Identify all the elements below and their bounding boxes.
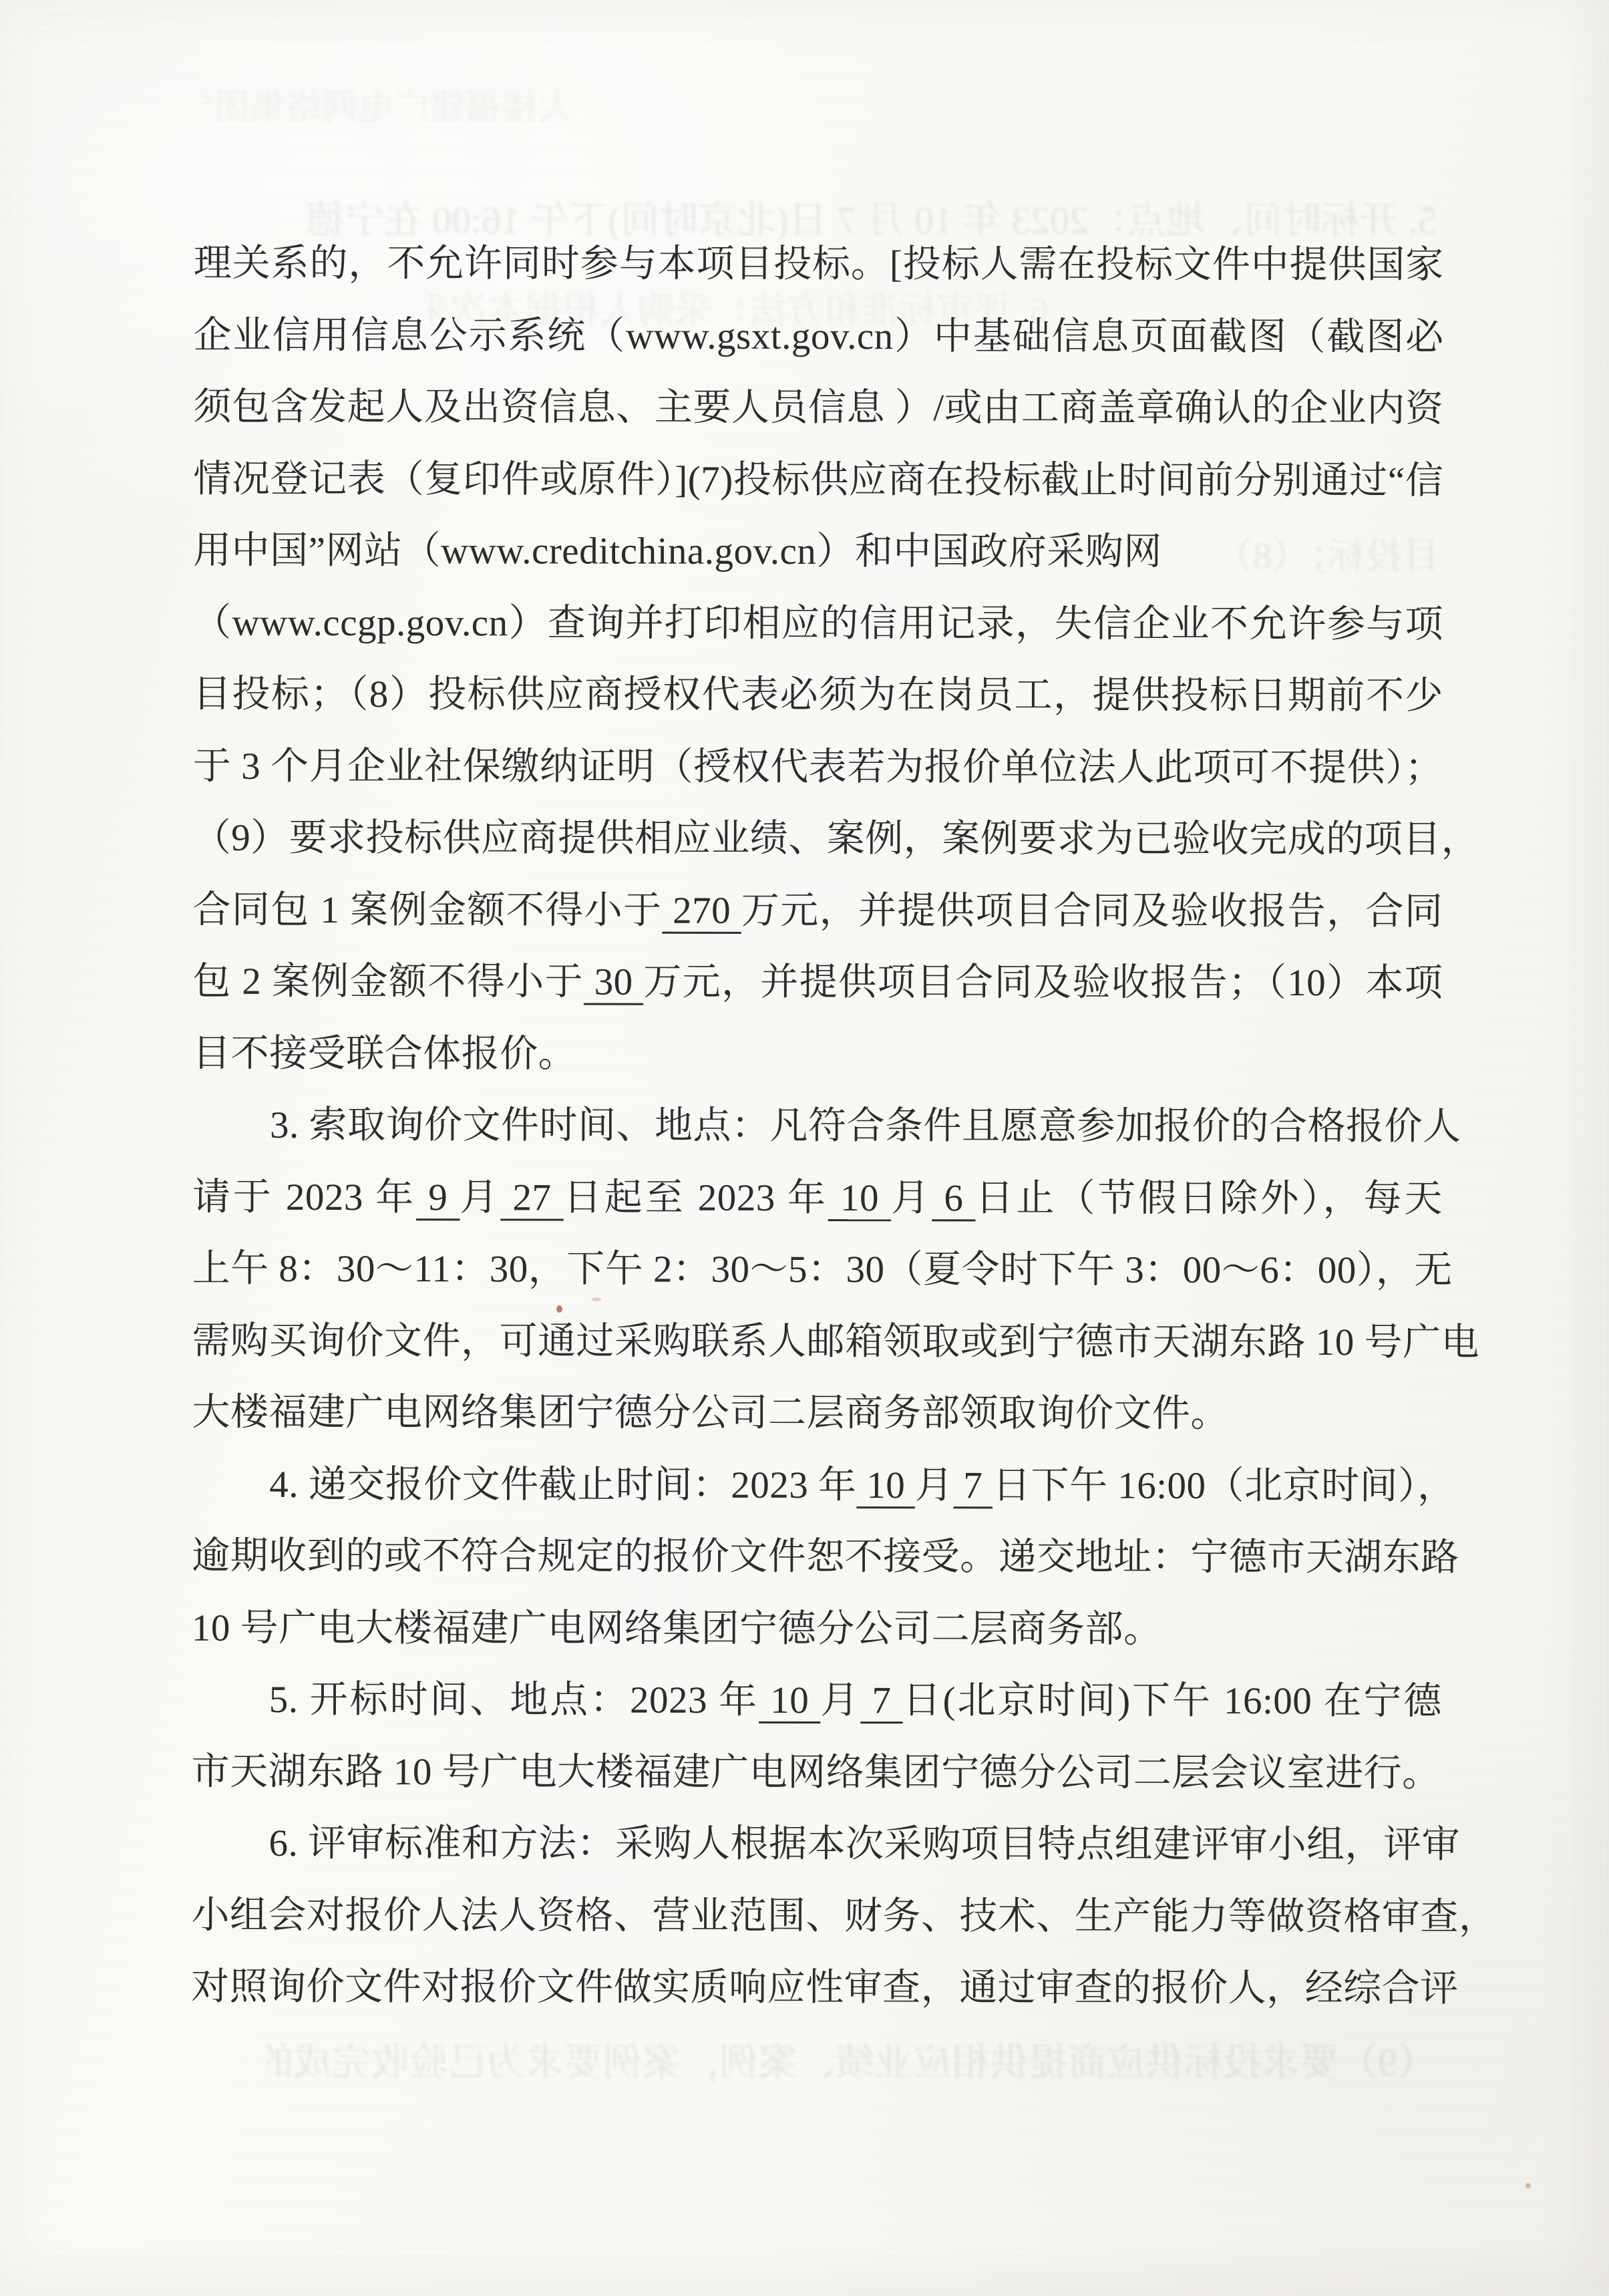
underlined-fill-in-value: 27 xyxy=(500,1176,563,1218)
text-segment: 日(北京时间)下午 16:00 在宁德 xyxy=(903,1679,1442,1722)
text-segment: 须包含发起人及出资信息、主要人员信息 ）/或由工商盖章确认的企业内资 xyxy=(193,386,1443,430)
text-line: 逾期收到的或不符合规定的报价文件恕不接受。递交地址：宁德市天湖东路 xyxy=(192,1520,1442,1594)
bleedthrough-ghost-text: （9）要求投标供应商提供相应业绩、案例，案例要求为已验收完成的项目， xyxy=(267,2031,1436,2087)
text-segment: 月 xyxy=(820,1679,860,1721)
text-segment: 请于 2023 年 xyxy=(192,1176,416,1218)
text-segment: 企业信用信息公示系统（www.gsxt.gov.cn）中基础信息页面截图（截图必 xyxy=(194,314,1444,358)
text-segment: 合同包 1 案例金额不得小于 xyxy=(192,888,662,931)
text-line: 3. 索取询价文件时间、地点：凡符合条件且愿意参加报价的合格报价人 xyxy=(192,1090,1443,1163)
text-segment: 需购买询价文件，可通过采购联系人邮箱领取或到宁德市天湖东路 10 号广电 xyxy=(192,1319,1480,1363)
text-segment: 情况登记表（复印件或原件）](7)投标供应商在投标截止时间前分别通过“信 xyxy=(193,458,1443,502)
text-segment: 万元，并提供项目合同及验收报告，合同 xyxy=(741,889,1443,932)
text-line: 包 2 案例金额不得小于 30 万元，并提供项目合同及验收报告；（10）本项 xyxy=(192,946,1443,1019)
underlined-fill-in-value: 7 xyxy=(860,1679,902,1721)
underlined-fill-in-value: 9 xyxy=(416,1176,460,1218)
underlined-fill-in-value: 6 xyxy=(932,1177,975,1219)
text-segment: （9）要求投标供应商提供相应业绩、案例，案例要求为已验收完成的项目， xyxy=(193,817,1480,861)
text-line: 大楼福建广电网络集团宁德分公司二层商务部领取询价文件。 xyxy=(192,1377,1442,1450)
text-line: 合同包 1 案例金额不得小于 270 万元，并提供项目合同及验收报告，合同 xyxy=(192,874,1443,947)
text-line: 情况登记表（复印件或原件）](7)投标供应商在投标截止时间前分别通过“信 xyxy=(193,443,1443,516)
text-line: 对照询价文件对报价文件做实质响应性审查，通过审查的报价人，经综合评 xyxy=(191,1951,1441,2025)
text-line: 于 3 个月企业社保缴纳证明（授权代表若为报价单位法人此项可不提供）； xyxy=(193,730,1443,804)
text-segment: 3. 索取询价文件时间、地点：凡符合条件且愿意参加报价的合格报价人 xyxy=(270,1104,1461,1148)
text-line: 理关系的，不允许同时参与本项目投标。[投标人需在投标文件中提供国家 xyxy=(194,228,1444,301)
text-line: 5. 开标时间、地点：2023 年 10 月 7 日(北京时间)下午 16:00… xyxy=(192,1664,1442,1738)
text-segment: （www.ccgp.gov.cn）查询并打印相应的信用记录，失信企业不允许参与项 xyxy=(193,601,1443,645)
underlined-fill-in-value: 30 xyxy=(584,961,643,1003)
text-segment: 万元，并提供项目合同及验收报告；（10）本项 xyxy=(643,961,1443,1005)
text-segment: 6. 评审标准和方法：采购人根据本次采购项目特点组建评审小组，评审 xyxy=(269,1822,1460,1866)
text-line: 市天湖东路 10 号广电大楼福建广电网络集团宁德分公司二层会议室进行。 xyxy=(192,1736,1442,1809)
text-line: 需购买询价文件，可通过采购联系人邮箱领取或到宁德市天湖东路 10 号广电 xyxy=(192,1305,1442,1378)
scanned-document-page: 5. 开标时间、地点：2023 年 10 月 7 日(北京时间)下午 16:00… xyxy=(0,0,1609,2296)
text-segment: 大楼福建广电网络集团宁德分公司二层商务部领取询价文件。 xyxy=(192,1391,1229,1435)
text-segment: 10 号广电大楼福建广电网络集团宁德分公司二层商务部。 xyxy=(192,1607,1162,1650)
text-line: 须包含发起人及出资信息、主要人员信息 ）/或由工商盖章确认的企业内资 xyxy=(193,371,1443,445)
underlined-fill-in-value: 10 xyxy=(759,1679,820,1721)
text-line: （www.ccgp.gov.cn）查询并打印相应的信用记录，失信企业不允许参与项 xyxy=(193,587,1443,660)
text-line: （9）要求投标供应商提供相应业绩、案例，案例要求为已验收完成的项目， xyxy=(193,802,1443,876)
document-body-text: 理关系的，不允许同时参与本项目投标。[投标人需在投标文件中提供国家企业信用信息公… xyxy=(191,228,1444,2025)
bleedthrough-ghost-text: 大楼福建广电网络集团宁德分公司二层商务部领取询价文件。 xyxy=(200,79,574,130)
text-segment: 包 2 案例金额不得小于 xyxy=(192,961,584,1003)
text-line: 6. 评审标准和方法：采购人根据本次采购项目特点组建评审小组，评审 xyxy=(191,1808,1441,1881)
text-segment: 4. 递交报价文件截止时间：2023 年 xyxy=(269,1463,856,1506)
text-line: 请于 2023 年 9 月 27 日起至 2023 年 10 月 6 日止（节假… xyxy=(192,1161,1443,1235)
text-segment: 市天湖东路 10 号广电大楼福建广电网络集团宁德分公司二层会议室进行。 xyxy=(192,1750,1441,1794)
text-segment: 于 3 个月企业社保缴纳证明（授权代表若为报价单位法人此项可不提供）； xyxy=(193,745,1443,789)
underlined-fill-in-value: 10 xyxy=(828,1177,891,1219)
text-segment: 目不接受联合体报价。 xyxy=(192,1032,576,1075)
text-segment: 对照询价文件对报价文件做实质响应性审查，通过审查的报价人，经综合评 xyxy=(191,1966,1459,2010)
text-segment: 月 xyxy=(891,1177,932,1219)
text-segment: 日起至 2023 年 xyxy=(564,1176,828,1219)
text-segment: 理关系的，不允许同时参与本项目投标。[投标人需在投标文件中提供国家 xyxy=(194,242,1444,287)
text-segment: 用中国”网站（www.creditchina.gov.cn）和中国政府采购网 xyxy=(193,530,1162,573)
text-line: 目投标；（8）投标供应商授权代表必须为在岗员工，提供投标日期前不少 xyxy=(193,659,1443,732)
text-segment: 日止（节假日除外），每天 xyxy=(975,1177,1442,1220)
text-segment: 目投标；（8）投标供应商授权代表必须为在岗员工，提供投标日期前不少 xyxy=(193,673,1443,717)
text-line: 用中国”网站（www.creditchina.gov.cn）和中国政府采购网 xyxy=(193,515,1443,589)
text-segment: 5. 开标时间、地点：2023 年 xyxy=(269,1679,759,1721)
underlined-fill-in-value: 270 xyxy=(662,889,741,931)
text-segment: 月 xyxy=(915,1464,954,1506)
text-segment: 上午 8：30～11：30，下午 2：30～5：30（夏令时下午 3：00～6：… xyxy=(192,1248,1453,1292)
text-segment: 逾期收到的或不符合规定的报价文件恕不接受。递交地址：宁德市天湖东路 xyxy=(192,1535,1459,1579)
text-line: 小组会对报价人法人资格、营业范围、财务、技术、生产能力等做资格审查， xyxy=(191,1879,1441,1953)
text-line: 企业信用信息公示系统（www.gsxt.gov.cn）中基础信息页面截图（截图必 xyxy=(194,299,1444,373)
text-line: 10 号广电大楼福建广电网络集团宁德分公司二层商务部。 xyxy=(192,1592,1442,1665)
text-line: 上午 8：30～11：30，下午 2：30～5：30（夏令时下午 3：00～6：… xyxy=(192,1233,1443,1307)
underlined-fill-in-value: 7 xyxy=(953,1464,993,1506)
text-segment: 日下午 16:00（北京时间）， xyxy=(993,1464,1456,1507)
text-segment: 月 xyxy=(460,1176,500,1218)
text-line: 目不接受联合体报价。 xyxy=(192,1017,1443,1091)
text-segment: 小组会对报价人法人资格、营业范围、财务、技术、生产能力等做资格审查， xyxy=(191,1894,1497,1938)
underlined-fill-in-value: 10 xyxy=(856,1464,915,1506)
text-line: 4. 递交报价文件截止时间：2023 年 10 月 7 日下午 16:00（北京… xyxy=(192,1448,1442,1522)
